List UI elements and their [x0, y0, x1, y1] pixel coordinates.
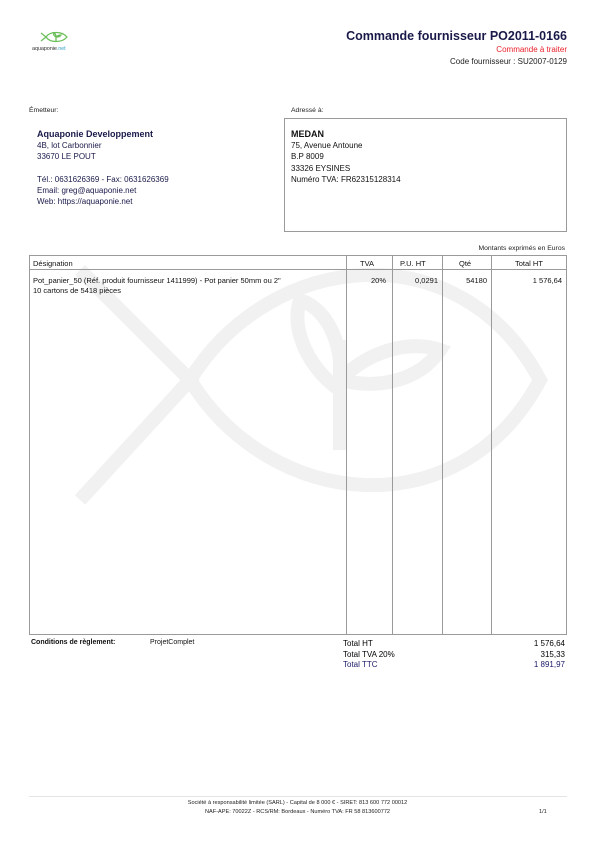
- company-logo: aquaponie.net: [32, 30, 78, 56]
- total-ttc-label: Total TTC: [343, 660, 378, 671]
- document-title: Commande fournisseur PO2011-0166: [346, 29, 567, 43]
- recipient-vat: Numéro TVA: FR62315128314: [291, 174, 401, 185]
- emitter-name: Aquaponie Developpement: [37, 129, 169, 140]
- total-ttc-row: Total TTC 1 891,97: [343, 660, 565, 671]
- totals-block: Total HT 1 576,64 Total TVA 20% 315,33 T…: [343, 639, 565, 671]
- designation-line: Pot_panier_50 (Réf. produit fournisseur …: [33, 276, 281, 286]
- column-divider: [346, 256, 347, 634]
- recipient-name: MEDAN: [291, 129, 401, 140]
- total-ht-row: Total HT 1 576,64: [343, 639, 565, 650]
- footer-divider: [29, 796, 567, 797]
- total-ht-value: 1 576,64: [534, 639, 565, 650]
- footer-legal-line: NAF-APE: 70022Z - RCS/RM: Bordeaux - Num…: [0, 809, 595, 815]
- total-tva-value: 315,33: [541, 650, 565, 661]
- currency-note: Montants exprimés en Euros: [478, 245, 565, 252]
- recipient-label: Adressé à:: [291, 107, 324, 114]
- column-divider: [392, 256, 393, 634]
- column-header-qty: Qté: [459, 259, 471, 268]
- column-divider: [442, 256, 443, 634]
- recipient-address-block: MEDAN 75, Avenue Antoune B.P 8009 33326 …: [291, 129, 401, 185]
- emitter-email: Email: greg@aquaponie.net: [37, 185, 169, 196]
- table-row-tva: 20%: [371, 276, 386, 286]
- recipient-address-line: 75, Avenue Antoune: [291, 140, 401, 151]
- emitter-label: Émetteur:: [29, 107, 58, 114]
- table-header-row: [30, 256, 566, 270]
- total-ht-label: Total HT: [343, 639, 373, 650]
- fish-sprout-icon: [40, 30, 68, 44]
- designation-line: 10 cartons de 5418 pièces: [33, 286, 281, 296]
- emitter-phone-fax: Tél.: 0631626369 - Fax: 0631626369: [37, 174, 169, 185]
- emitter-address-line: 33670 LE POUT: [37, 151, 169, 162]
- supplier-code: Code fournisseur : SU2007-0129: [450, 57, 567, 66]
- logo-wordmark: aquaponie.net: [32, 46, 66, 52]
- recipient-address-line: 33326 EYSINES: [291, 163, 401, 174]
- recipient-address-line: B.P 8009: [291, 151, 401, 162]
- order-lines-table: Désignation TVA P.U. HT Qté Total HT Pot…: [29, 255, 567, 635]
- total-ttc-value: 1 891,97: [534, 660, 565, 671]
- payment-terms-label: Conditions de règlement:: [31, 639, 115, 646]
- column-header-pu-ht: P.U. HT: [400, 259, 426, 268]
- emitter-address-block: Aquaponie Developpement 4B, lot Carbonni…: [37, 129, 169, 207]
- emitter-address-line: 4B, lot Carbonnier: [37, 140, 169, 151]
- column-header-tva: TVA: [360, 259, 374, 268]
- total-tva-row: Total TVA 20% 315,33: [343, 650, 565, 661]
- payment-terms-value: ProjetComplet: [150, 639, 194, 646]
- table-row-qty: 54180: [466, 276, 487, 286]
- column-divider: [491, 256, 492, 634]
- footer-legal-line: Société à responsabilité limitée (SARL) …: [0, 800, 595, 806]
- total-tva-label: Total TVA 20%: [343, 650, 395, 661]
- table-row-total-ht: 1 576,64: [533, 276, 562, 286]
- column-header-total-ht: Total HT: [515, 259, 543, 268]
- page-number: 1/1: [539, 809, 547, 815]
- table-row-pu-ht: 0,0291: [415, 276, 438, 286]
- order-status: Commande à traiter: [496, 45, 567, 54]
- emitter-web: Web: https://aquaponie.net: [37, 196, 169, 207]
- table-row-designation: Pot_panier_50 (Réf. produit fournisseur …: [33, 276, 281, 296]
- column-header-designation: Désignation: [33, 259, 73, 268]
